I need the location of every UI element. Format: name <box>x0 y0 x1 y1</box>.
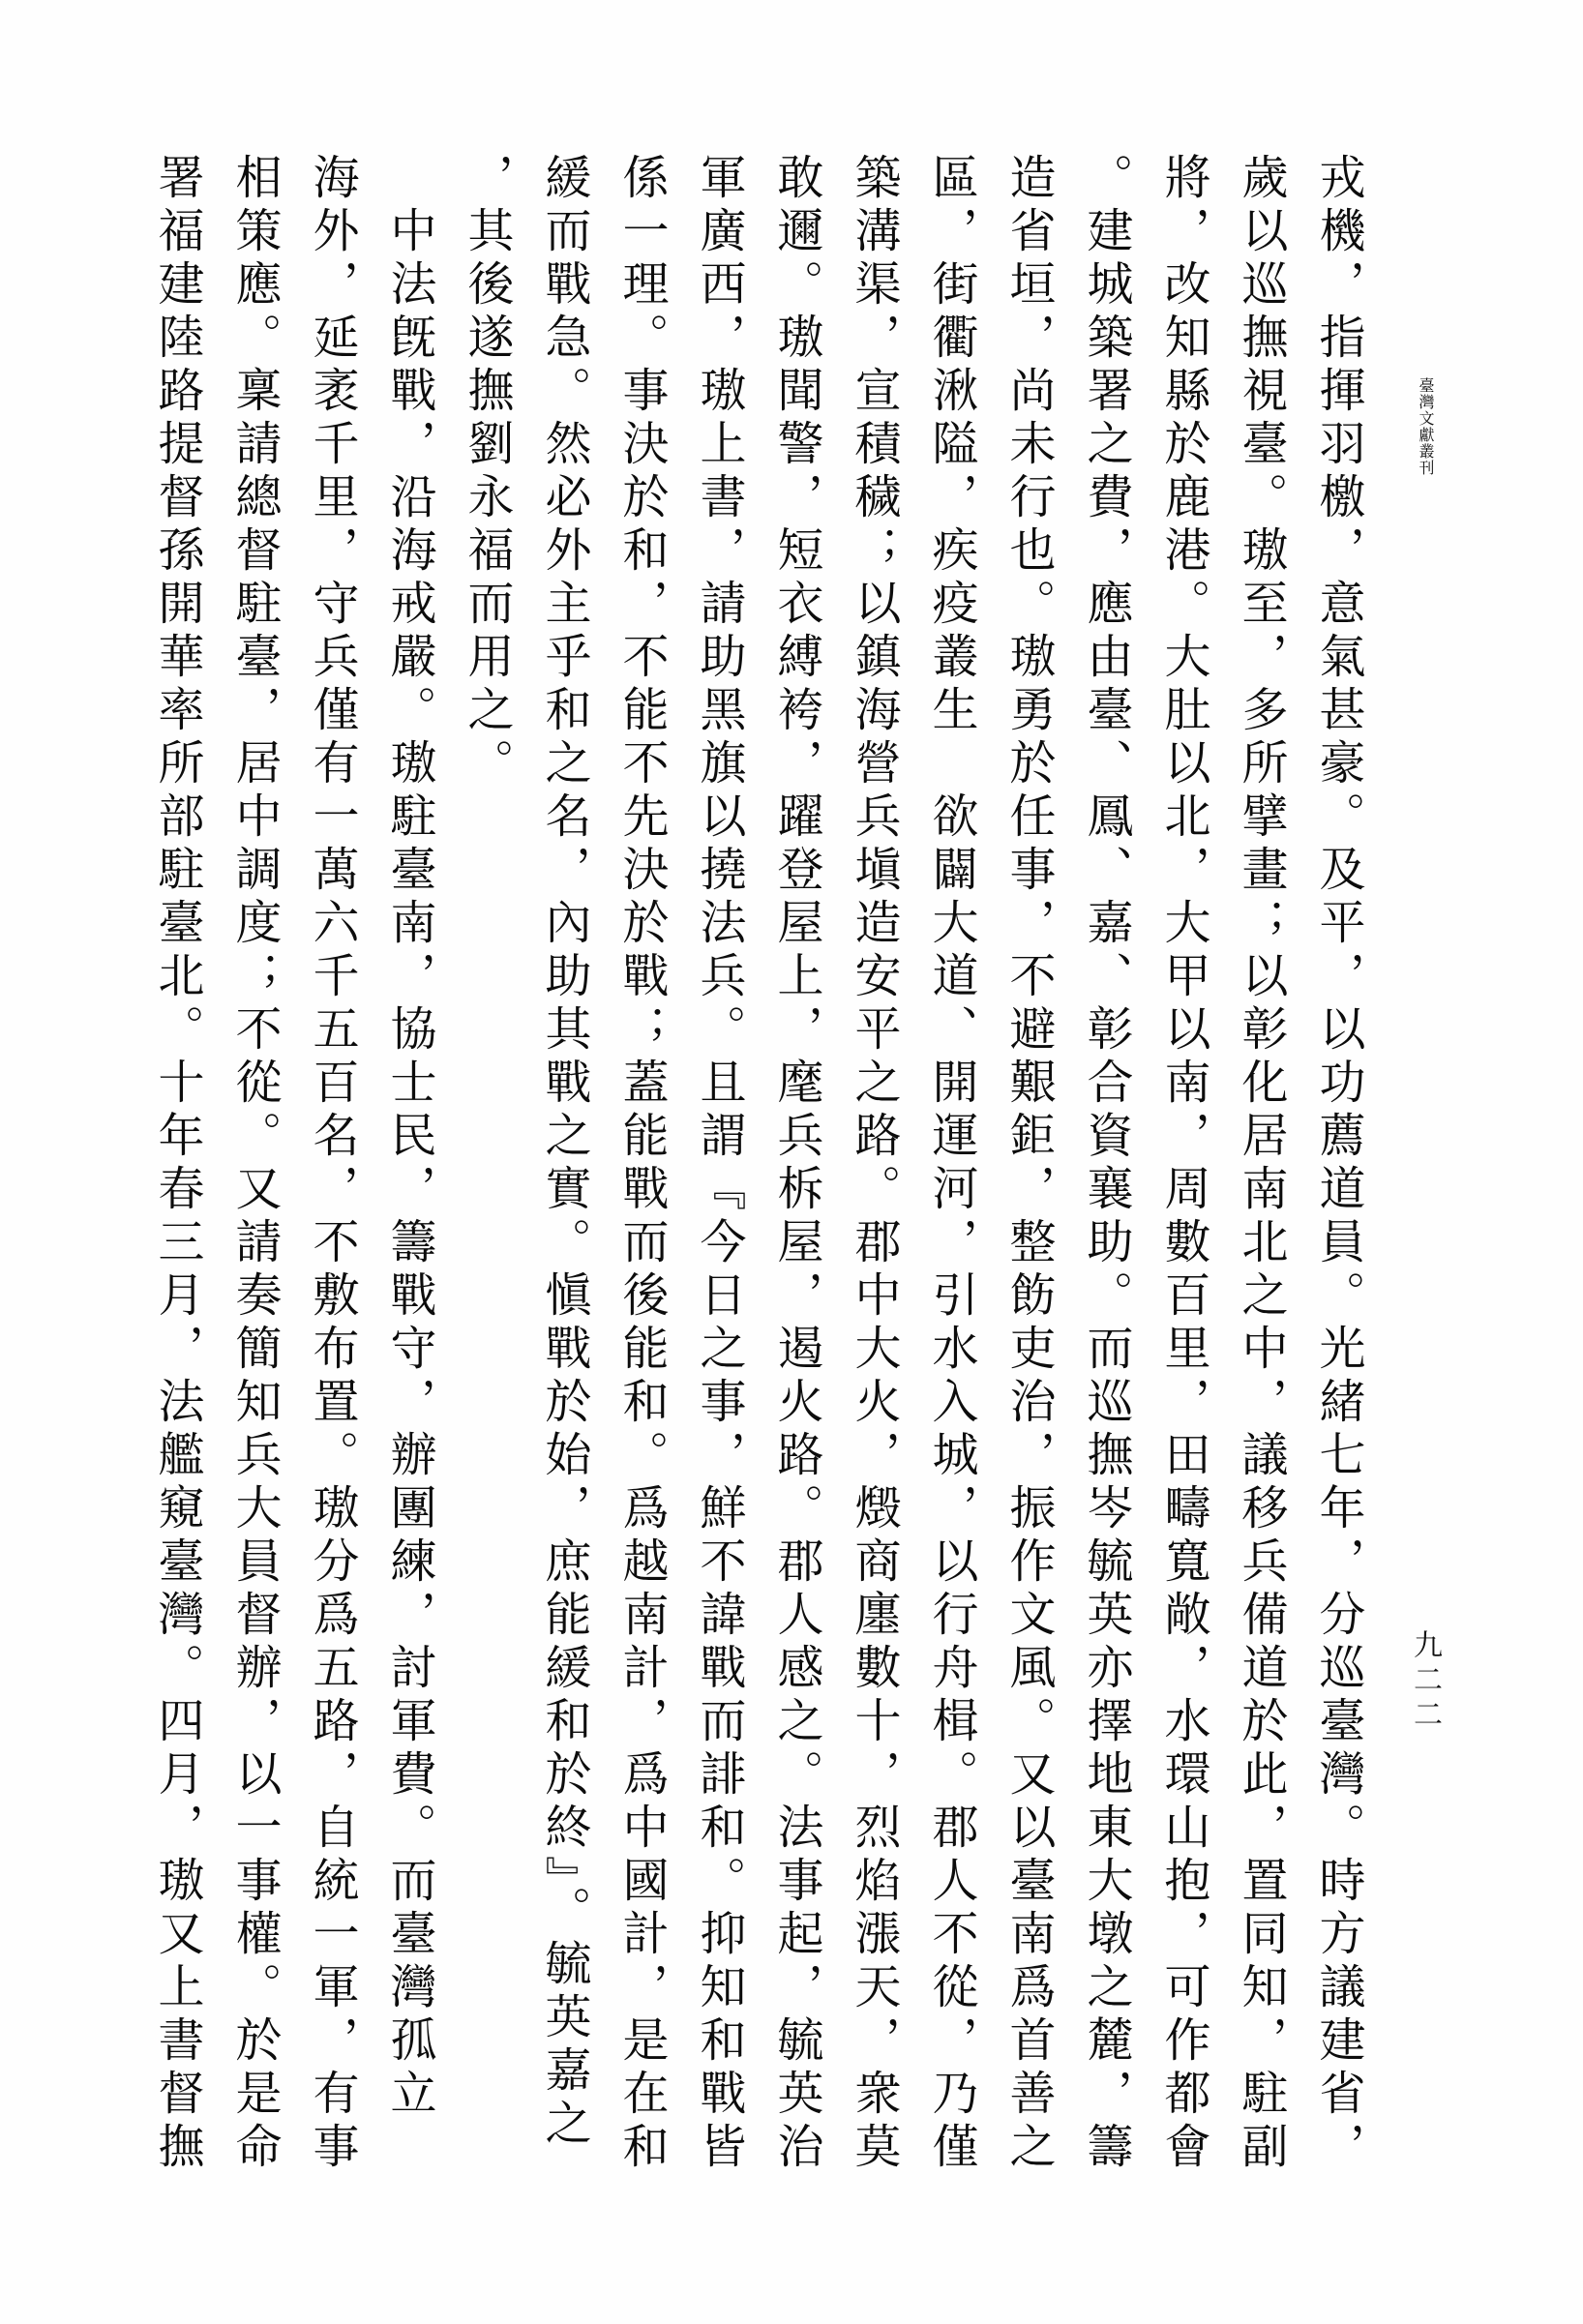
text-column: 區，街衢湫隘，疾疫叢生 欲闢大道、開運河，引水入城，以行舟楫。郡人不從，乃僅 <box>911 153 989 2252</box>
text-column: ，其後遂撫劉永福而用之。 <box>447 153 524 2252</box>
text-column: 署福建陸路提督孫開華率所部駐臺北。十年春三月，法艦窺臺灣。四月，璈又上書督撫 <box>137 153 215 2252</box>
text-column: 敢邇。璈聞警，短衣縛袴，躍登屋上，麾兵柝屋，遏火路。郡人感之。法事起，毓英治 <box>757 153 834 2252</box>
text-column: 。建城築署之費，應由臺、鳳、嘉、彰合資襄助。而巡撫岑毓英亦擇地東大墩之麓，籌 <box>1066 153 1144 2252</box>
text-column: 築溝渠，宣積穢；以鎮海營兵塡造安平之路。郡中大火，燬商廛數十，烈焰漲天，衆莫 <box>834 153 911 2252</box>
text-column: 係一理。事決於和，不能不先決於戰；蓋能戰而後能和。爲越南計，爲中國計，是在和 <box>602 153 679 2252</box>
text-column: 相策應。稟請總督駐臺，居中調度；不從。又請奏簡知兵大員督辦，以一事權。於是命 <box>215 153 292 2252</box>
page-number: 九二二 <box>1401 1629 1448 1734</box>
text-column: 中法旣戰，沿海戒嚴。璈駐臺南，協士民，籌戰守，辦團練，討軍費。而臺灣孤立 <box>370 153 447 2252</box>
running-head: 臺灣文獻叢刊 <box>1403 377 1446 476</box>
book-page: 臺灣文獻叢刊 戎機，指揮羽檄，意氣甚豪。及平，以功薦道員。光緒七年，分巡臺灣。時… <box>0 0 1583 2324</box>
text-column: 戎機，指揮羽檄，意氣甚豪。及平，以功薦道員。光緒七年，分巡臺灣。時方議建省， <box>1299 153 1376 2252</box>
text-column: 緩而戰急。然必外主乎和之名，內助其戰之實。愼戰於始，庶能緩和於終』。毓英嘉之 <box>524 153 602 2252</box>
text-block: 戎機，指揮羽檄，意氣甚豪。及平，以功薦道員。光緒七年，分巡臺灣。時方議建省， 歲… <box>137 153 1376 2252</box>
text-column: 海外，延袤千里，守兵僅有一萬六千五百名，不敷布置。璈分爲五路，自統一軍，有事 <box>292 153 370 2252</box>
text-column: 將，改知縣於鹿港。大肚以北，大甲以南，周數百里，田疇寬敞，水環山抱，可作都會 <box>1144 153 1221 2252</box>
text-column: 造省垣，尚未行也。璈勇於任事，不避艱鉅，整飭吏治，振作文風。又以臺南爲首善之 <box>989 153 1066 2252</box>
text-column: 軍廣西，璈上書，請助黑旗以撓法兵。且謂『今日之事，鮮不諱戰而誹和。抑知和戰皆 <box>679 153 757 2252</box>
text-column: 歲以巡撫視臺。璈至，多所擘畫；以彰化居南北之中，議移兵備道於此，置同知，駐副 <box>1221 153 1299 2252</box>
